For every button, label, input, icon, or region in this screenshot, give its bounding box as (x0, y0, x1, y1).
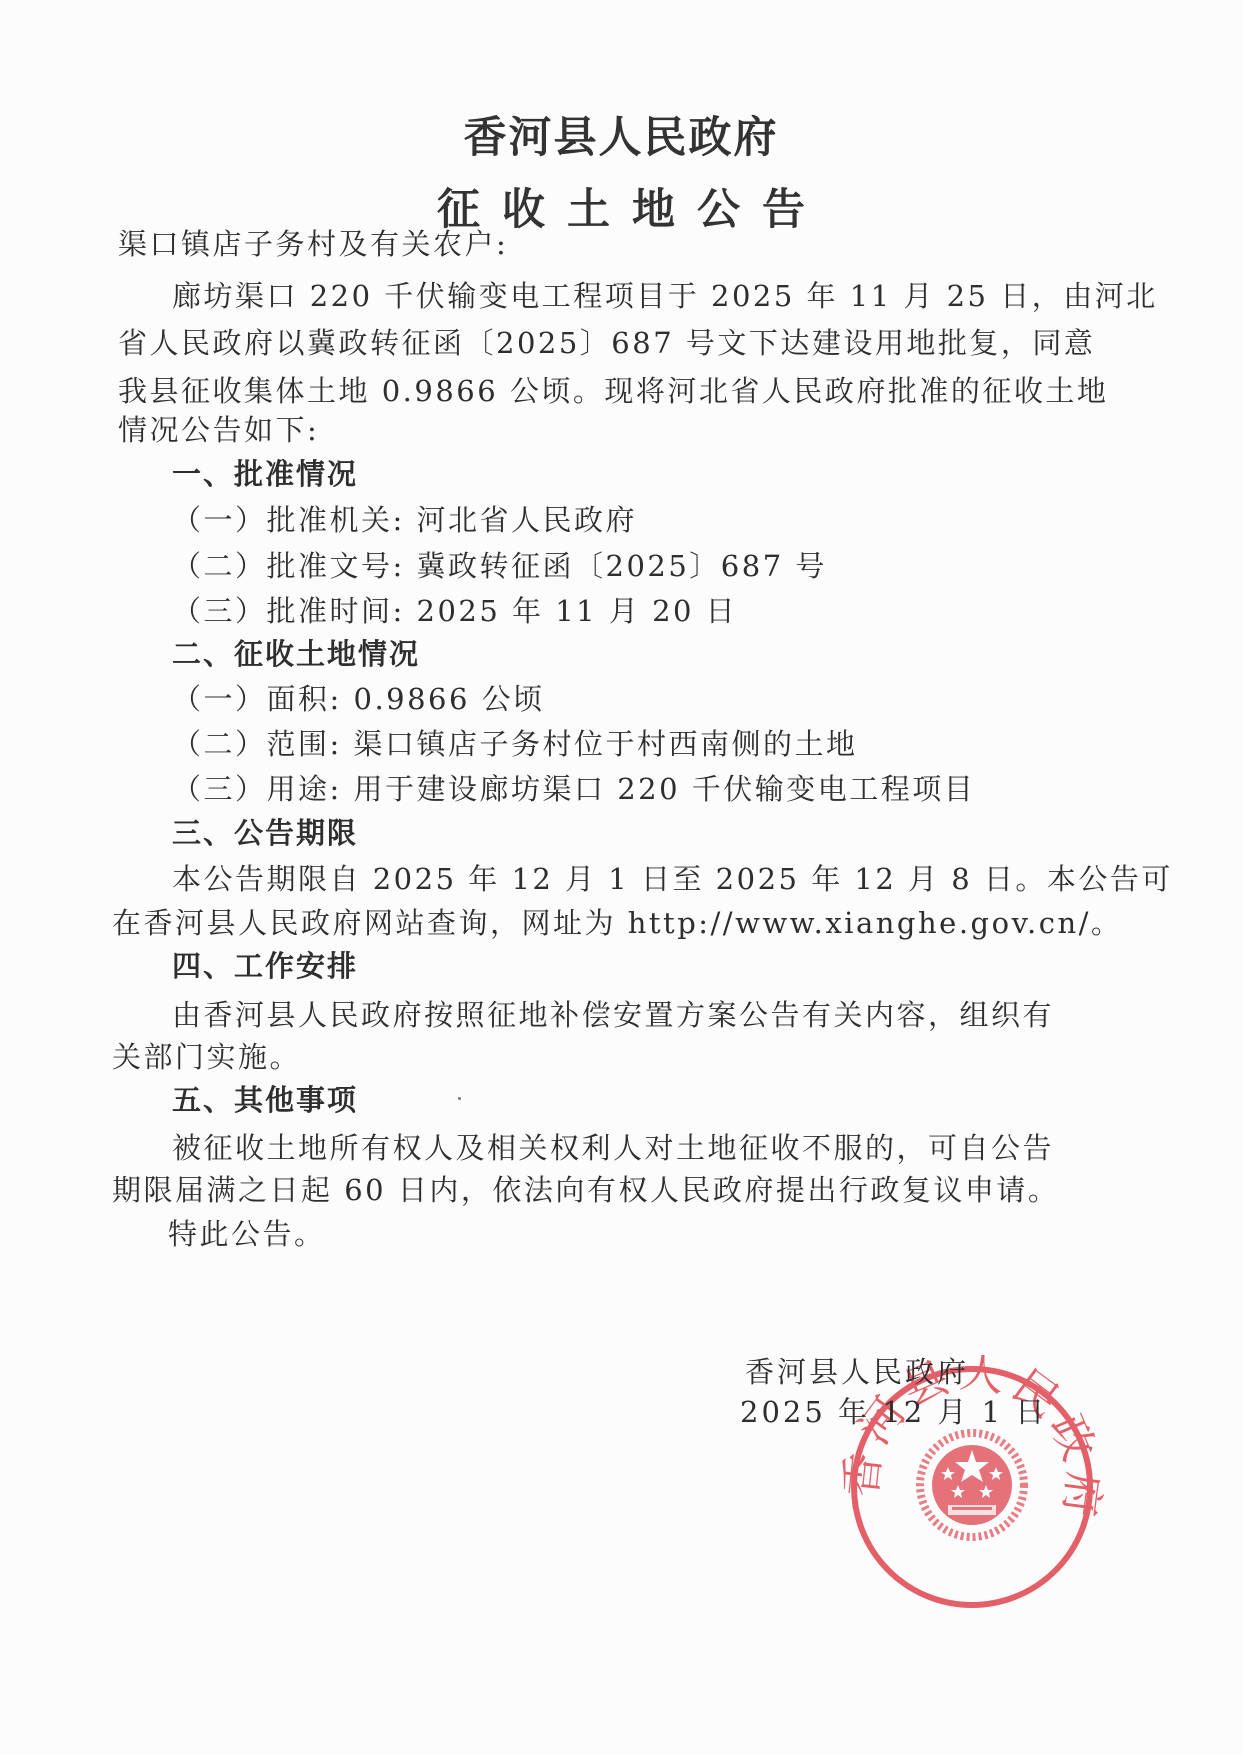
closing-statement: 特此公告。 (168, 1214, 326, 1254)
signature-date: 2025 年 12 月 1 日 (740, 1392, 1047, 1432)
period-line-1: 本公告期限自 2025 年 12 月 1 日至 2025 年 12 月 8 日。… (172, 859, 994, 899)
other-line-1: 被征收土地所有权人及相关权利人对土地征收不服的，可自公告 (172, 1128, 994, 1168)
section-heading-arrangement: 四、工作安排 (172, 946, 358, 986)
arrangement-line-2: 关部门实施。 (112, 1037, 301, 1077)
section-heading-other: 五、其他事项 (172, 1080, 358, 1120)
approval-document-number: （二）批准文号: 冀政转征函〔2025〕687 号 (172, 546, 827, 586)
approval-authority: （一）批准机关: 河北省人民政府 (172, 500, 637, 540)
land-purpose: （三）用途: 用于建设廊坊渠口 220 千伏输变电工程项目 (172, 769, 975, 809)
other-line-2: 期限届满之日起 60 日内，依法向有权人民政府提出行政复议申请。 (112, 1170, 1059, 1210)
approval-date: （三）批准时间: 2025 年 11 月 20 日 (172, 591, 737, 631)
section-heading-period: 三、公告期限 (172, 813, 358, 853)
addressee: 渠口镇店子务村及有关农户: (118, 224, 508, 264)
section-heading-land: 二、征收土地情况 (172, 634, 420, 674)
section-heading-approval: 一、批准情况 (172, 454, 358, 494)
document-title-issuer: 香河县人民政府 (0, 104, 1242, 165)
document-page: 香河县人民政府 征收土地公告 渠口镇店子务村及有关农户: 廊坊渠口 220 千伏… (0, 0, 1242, 1755)
intro-line-1: 廊坊渠口 220 千伏输变电工程项目于 2025 年 11 月 25 日，由河北 (172, 276, 1004, 316)
period-line-2: 在香河县人民政府网站查询，网址为 http://www.xianghe.gov.… (112, 903, 1122, 943)
intro-line-3: 我县征收集体土地 0.9866 公顷。现将河北省人民政府批准的征收土地 (118, 371, 1004, 411)
intro-line-2: 省人民政府以冀政转征函〔2025〕687 号文下达建设用地批复，同意 (118, 323, 996, 363)
land-area: （一）面积: 0.9866 公顷 (172, 679, 545, 719)
signature-issuer: 香河县人民政府 (745, 1352, 969, 1392)
intro-line-4: 情况公告如下: (118, 410, 319, 450)
scan-speck (458, 1097, 461, 1100)
arrangement-line-1: 由香河县人民政府按照征地补偿安置方案公告有关内容，组织有 (172, 995, 994, 1035)
land-scope: （二）范围: 渠口镇店子务村位于村西南侧的土地 (172, 724, 858, 764)
